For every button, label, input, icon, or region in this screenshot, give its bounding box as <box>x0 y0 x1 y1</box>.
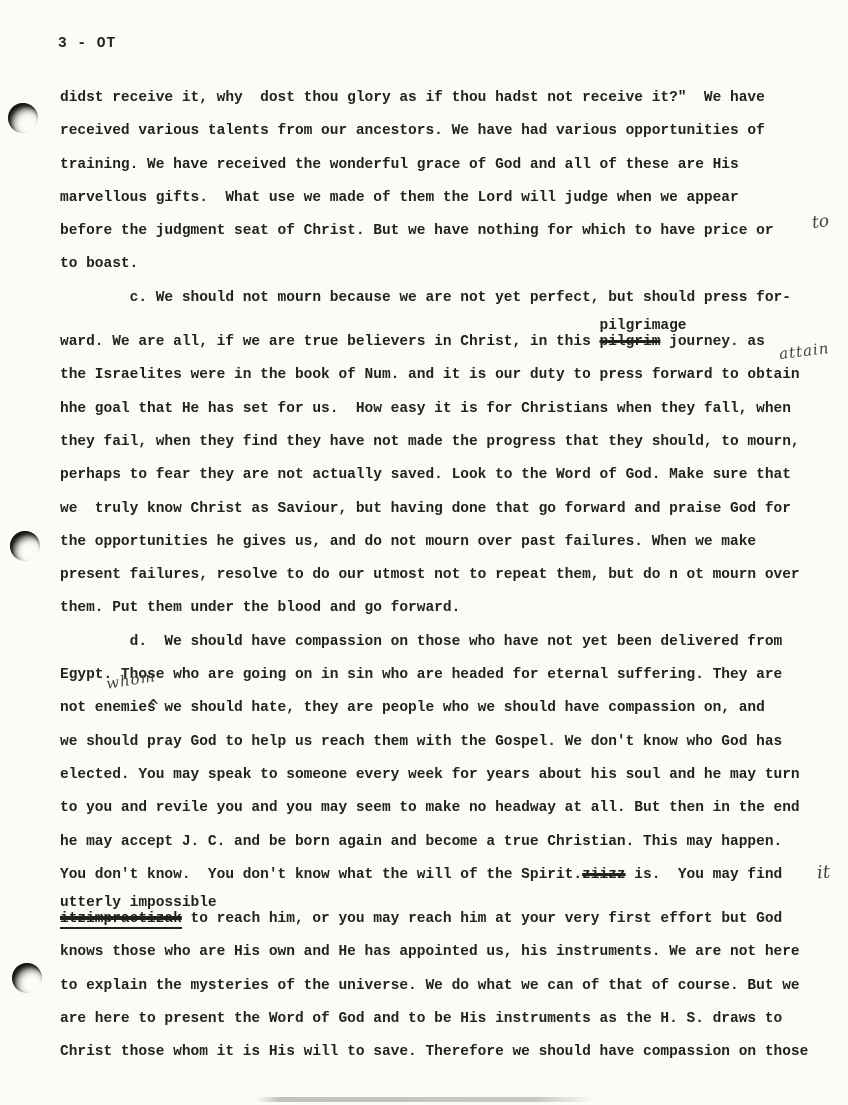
typed-line: the Israelites were in the book of Num. … <box>60 367 830 400</box>
typed-line: to you and revile you and you may seem t… <box>60 800 830 833</box>
typed-line: received various talents from our ancest… <box>60 123 830 156</box>
typed-line: Egypt. Those who are going on in sin who… <box>60 667 830 700</box>
hole-punch-bottom <box>12 963 42 993</box>
typed-segment: to boast. <box>60 256 138 272</box>
typed-segment: journey. as <box>660 334 764 350</box>
struck-out-text: ziizz <box>582 867 626 883</box>
typed-line: them. Put them under the blood and go fo… <box>60 600 830 633</box>
typed-segment: before the judgment seat of Christ. But … <box>60 223 774 239</box>
typed-text-body: didst receive it, why dost thou glory as… <box>60 90 830 1078</box>
typed-segment: to reach him, or you may reach him at yo… <box>182 911 782 927</box>
typed-segment: ward. We are all, if we are true believe… <box>60 334 600 350</box>
typed-line: d. We should have compassion on those wh… <box>60 634 830 667</box>
hole-punch-middle <box>10 531 40 561</box>
typed-segment: them. Put them under the blood and go fo… <box>60 600 460 616</box>
typed-line: to explain the mysteries of the universe… <box>60 978 830 1011</box>
typed-line: before the judgment seat of Christ. But … <box>60 223 830 256</box>
typed-segment: knows those who are His own and He has a… <box>60 944 800 960</box>
page-number-header: 3 - OT <box>58 36 116 52</box>
typed-line: knows those who are His own and He has a… <box>60 944 830 977</box>
typed-line: not enemies we should hate, they are peo… <box>60 700 830 733</box>
typed-segment: c. We should not mourn because we are no… <box>60 290 791 306</box>
typed-line: hhe goal that He has set for us. How eas… <box>60 401 830 434</box>
typed-line: Christ those whom it is His will to save… <box>60 1044 830 1077</box>
typed-segment: we should pray God to help us reach them… <box>60 734 782 750</box>
typed-line: the opportunities he gives us, and do no… <box>60 534 830 567</box>
hole-punch-top <box>8 103 38 133</box>
handwritten-it-annotation: it <box>816 861 831 883</box>
typed-segment: elected. You may speak to someone every … <box>60 767 800 783</box>
typed-segment: utterly impossible <box>60 895 217 911</box>
typed-line: marvellous gifts. What use we made of th… <box>60 190 830 223</box>
typed-segment: he may accept J. C. and be born again an… <box>60 834 782 850</box>
typed-line: training. We have received the wonderful… <box>60 157 830 190</box>
typed-line: ward. We are all, if we are true believe… <box>60 334 830 367</box>
typed-segment: You don't know. You don't know what the … <box>60 867 582 883</box>
typed-line: they fail, when they find they have not … <box>60 434 830 467</box>
struck-out-text: itzimpractizak <box>60 911 182 929</box>
typed-segment: to explain the mysteries of the universe… <box>60 978 800 994</box>
typed-segment: the opportunities he gives us, and do no… <box>60 534 756 550</box>
typed-line: we should pray God to help us reach them… <box>60 734 830 767</box>
typed-line: itzimpractizak to reach him, or you may … <box>60 911 830 944</box>
typed-line: present failures, resolve to do our utmo… <box>60 567 830 600</box>
typed-line: elected. You may speak to someone every … <box>60 767 830 800</box>
typed-line: we truly know Christ as Saviour, but hav… <box>60 501 830 534</box>
typed-line: he may accept J. C. and be born again an… <box>60 834 830 867</box>
typed-segment: received various talents from our ancest… <box>60 123 765 139</box>
handwritten-to-annotation: to <box>811 211 831 233</box>
typed-segment: to you and revile you and you may seem t… <box>60 800 800 816</box>
typed-segment: the Israelites were in the book of Num. … <box>60 367 800 383</box>
typed-segment: they fail, when they find they have not … <box>60 434 800 450</box>
typed-segment: pilgrimage <box>60 318 687 334</box>
typed-line: to boast. <box>60 256 830 289</box>
typed-segment: is. You may find <box>626 867 783 883</box>
typed-segment: didst receive it, why dost thou glory as… <box>60 90 765 106</box>
handwritten-caret-mark: ^ <box>147 695 160 718</box>
typed-line: perhaps to fear they are not actually sa… <box>60 467 830 500</box>
typed-segment: are here to present the Word of God and … <box>60 1011 782 1027</box>
typed-segment: not enemies we should hate, they are peo… <box>60 700 765 716</box>
typed-segment: training. We have received the wonderful… <box>60 157 739 173</box>
typed-segment: hhe goal that He has set for us. How eas… <box>60 401 791 417</box>
typed-line: pilgrimage <box>60 318 830 334</box>
typed-line: are here to present the Word of God and … <box>60 1011 830 1044</box>
typed-segment: marvellous gifts. What use we made of th… <box>60 190 739 206</box>
typed-line: utterly impossible <box>60 895 830 911</box>
typed-segment: perhaps to fear they are not actually sa… <box>60 467 791 483</box>
typed-segment: present failures, resolve to do our utmo… <box>60 567 800 583</box>
scanner-artifact-band <box>256 1097 596 1102</box>
typed-segment: we truly know Christ as Saviour, but hav… <box>60 501 791 517</box>
typed-line: didst receive it, why dost thou glory as… <box>60 90 830 123</box>
scanned-document-page: 3 - OT didst receive it, why dost thou g… <box>0 0 848 1105</box>
struck-out-text: pilgrim <box>600 334 661 350</box>
typed-segment: Christ those whom it is His will to save… <box>60 1044 808 1060</box>
typed-segment: d. We should have compassion on those wh… <box>60 634 782 650</box>
typed-segment: Egypt. Those who are going on in sin who… <box>60 667 782 683</box>
